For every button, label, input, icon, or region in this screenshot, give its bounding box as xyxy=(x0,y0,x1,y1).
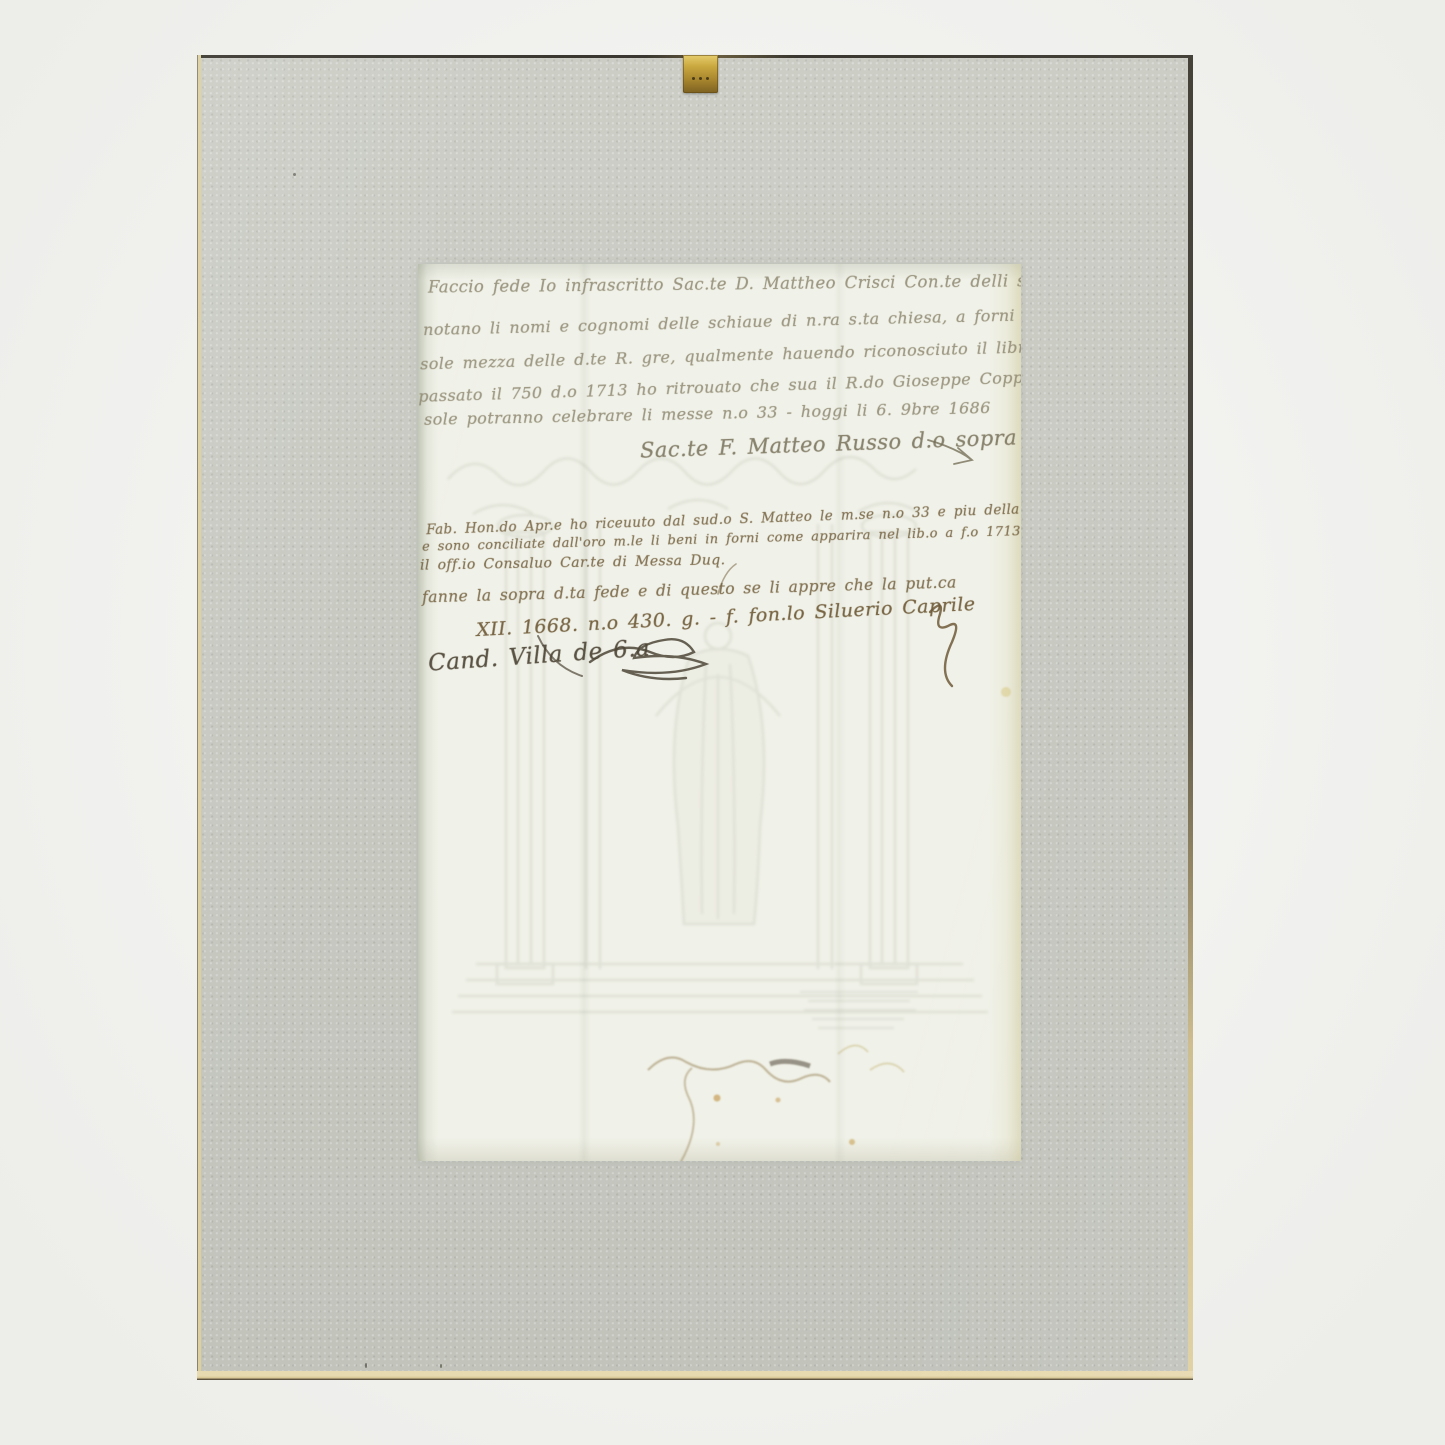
clip-hole xyxy=(706,77,709,80)
ink-flourishes xyxy=(418,264,1021,1161)
frame-right-edge xyxy=(1188,55,1193,1380)
clip-hole xyxy=(692,77,695,80)
frame-left-edge xyxy=(197,55,201,1380)
clip-frame: Faccio fede Io infrascritto Sac.te D. Ma… xyxy=(197,55,1193,1380)
mat-speck xyxy=(440,1364,442,1368)
mat-speck xyxy=(293,173,296,176)
clip-hole xyxy=(699,77,702,80)
photo-of-framed-manuscript: Faccio fede Io infrascritto Sac.te D. Ma… xyxy=(0,0,1445,1445)
frame-bottom-edge xyxy=(197,1371,1193,1380)
mat-speck xyxy=(365,1363,367,1368)
brass-clip xyxy=(683,55,718,93)
manuscript-document: Faccio fede Io infrascritto Sac.te D. Ma… xyxy=(418,264,1021,1161)
